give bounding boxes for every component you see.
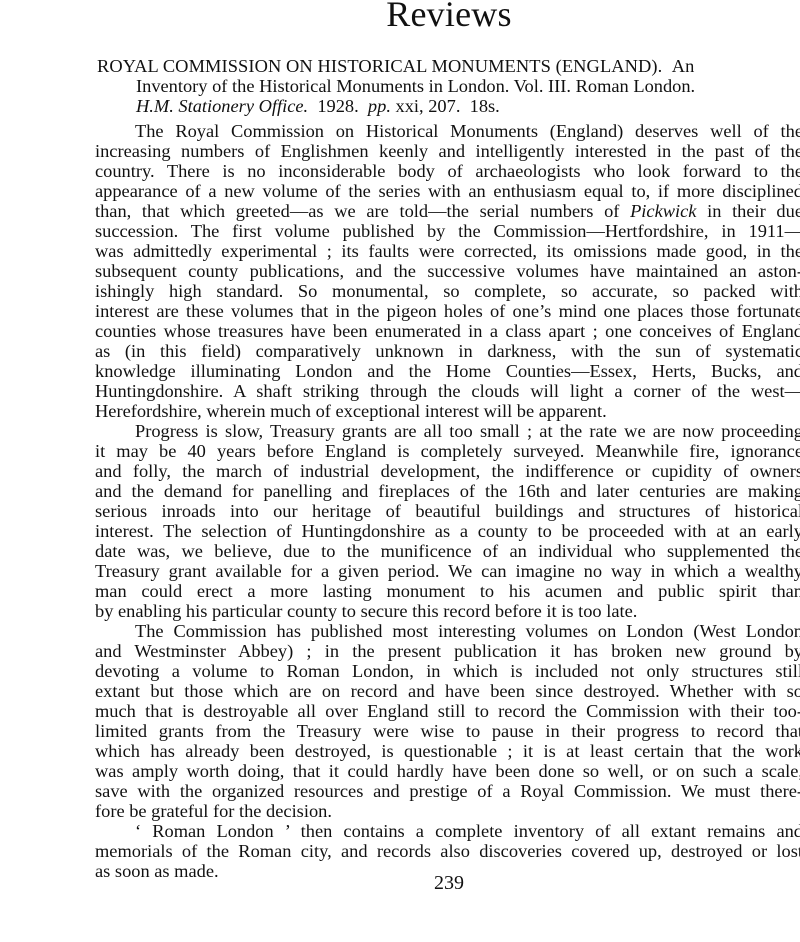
text-line: succession. The first volume published b…	[95, 221, 800, 241]
text-line: limited grants from the Treasury were wi…	[95, 721, 800, 741]
text-line: increasing numbers of Englishmen keenly …	[95, 141, 800, 161]
text-line: subsequent county publications, and the …	[95, 261, 800, 281]
text-line: much that is destroyable all over Englan…	[95, 701, 800, 721]
text-line: interest. The selection of Huntingdonshi…	[95, 521, 800, 541]
text-line: save with the organized resources and pr…	[95, 781, 800, 801]
citation-heading-tail: An	[672, 56, 695, 76]
paragraph-1: The Royal Commission on Historical Monum…	[95, 121, 800, 421]
text-line: serious inroads into our heritage of bea…	[95, 501, 800, 521]
text-line: The Royal Commission on Historical Monum…	[95, 121, 800, 141]
text-line: and the demand for panelling and firepla…	[95, 481, 800, 501]
text-line-with-italic: than, that which greeted—as we are told—…	[95, 201, 800, 221]
text-line: which has already been destroyed, is que…	[95, 741, 800, 761]
citation-year: 1928.	[317, 96, 358, 116]
citation-heading: ROYAL COMMISSION ON HISTORICAL MONUMENTS…	[97, 56, 662, 76]
text-segment: in their due	[707, 201, 800, 221]
paragraph-2: Progress is slow, Treasury grants are al…	[95, 421, 800, 621]
citation-pages: xxi, 207.	[396, 96, 461, 116]
citation-publication-line: H.M. Stationery Office. 1928. pp. xxi, 2…	[97, 96, 800, 116]
text-line: by enabling his particular county to sec…	[95, 601, 800, 621]
citation-price: 18s.	[470, 96, 500, 116]
text-line: Progress is slow, Treasury grants are al…	[95, 421, 800, 441]
text-line: country. There is no inconsiderable body…	[95, 161, 800, 181]
text-line: as (in this field) comparatively unknown…	[95, 341, 800, 361]
text-line: The Commission has published most intere…	[95, 621, 800, 641]
text-line: knowledge illuminating London and the Ho…	[95, 361, 800, 381]
text-line: ishingly high standard. So monumental, s…	[95, 281, 800, 301]
text-line: counties whose treasures have been enume…	[95, 321, 800, 341]
page-title: Reviews	[0, 0, 800, 34]
review-body: The Royal Commission on Historical Monum…	[95, 121, 800, 881]
text-line: was amply worth doing, that it could har…	[95, 761, 800, 781]
citation-pp-label: pp.	[368, 96, 391, 116]
text-line: Treasury grant available for a given per…	[95, 561, 800, 581]
citation-heading-line: ROYAL COMMISSION ON HISTORICAL MONUMENTS…	[97, 56, 800, 76]
citation-publisher: H.M. Stationery Office.	[136, 96, 308, 116]
page-number: 239	[0, 872, 800, 894]
text-line: appearance of a new volume of the series…	[95, 181, 800, 201]
text-line: extant but those which are on record and…	[95, 681, 800, 701]
text-segment: than, that which greeted—as we are told—…	[95, 201, 619, 221]
text-line: Herefordshire, wherein much of exception…	[95, 401, 800, 421]
text-line: and Westminster Abbey) ; in the present …	[95, 641, 800, 661]
text-line: memorials of the Roman city, and records…	[95, 841, 800, 861]
text-line: Huntingdonshire. A shaft striking throug…	[95, 381, 800, 401]
italic-title-pickwick: Pickwick	[630, 201, 696, 221]
paragraph-3: The Commission has published most intere…	[95, 621, 800, 821]
text-line: devoting a volume to Roman London, in wh…	[95, 661, 800, 681]
text-line: interest are these volumes that in the p…	[95, 301, 800, 321]
text-line: was admittedly experimental ; its faults…	[95, 241, 800, 261]
text-line: fore be grateful for the decision.	[95, 801, 800, 821]
text-line: ‘ Roman London ’ then contains a complet…	[95, 821, 800, 841]
text-line: and folly, the march of industrial devel…	[95, 461, 800, 481]
review-citation: ROYAL COMMISSION ON HISTORICAL MONUMENTS…	[97, 56, 800, 116]
citation-title-line: Inventory of the Historical Monuments in…	[97, 76, 800, 96]
text-line: man could erect a more lasting monument …	[95, 581, 800, 601]
text-line: it may be 40 years before England is com…	[95, 441, 800, 461]
text-line: date was, we believe, due to the munific…	[95, 541, 800, 561]
